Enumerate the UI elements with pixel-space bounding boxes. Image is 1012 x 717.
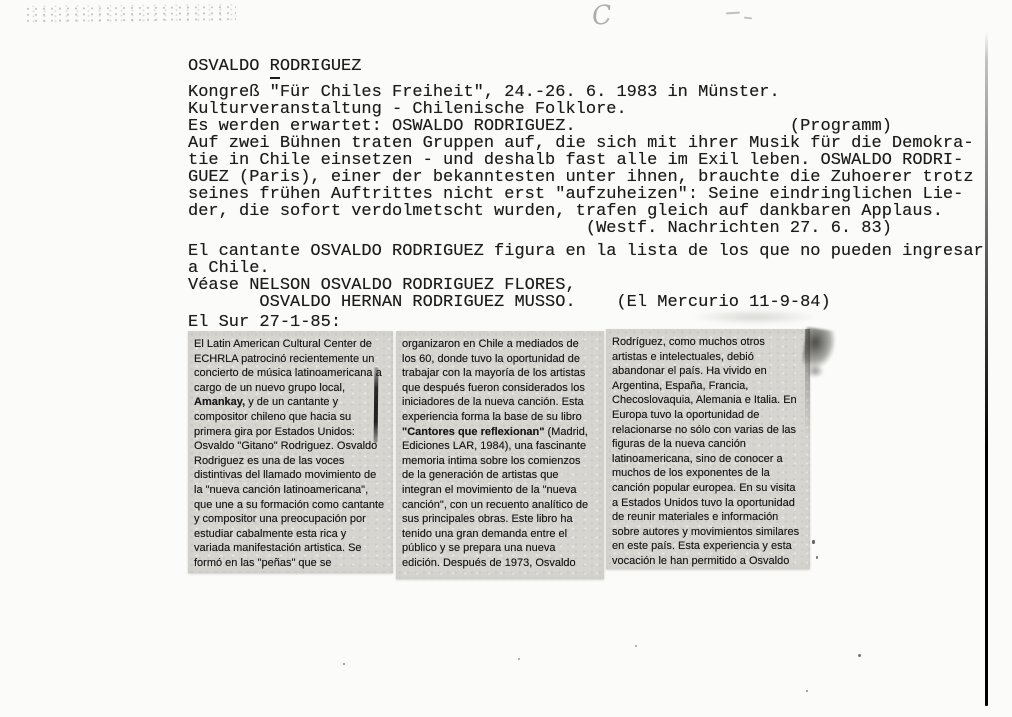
scan-speck (635, 645, 637, 647)
document-title: OSVALDO RODRIGUEZ (188, 57, 361, 77)
scan-speck (518, 658, 520, 660)
clipping-source-heading: El Sur 27-1-85: (188, 314, 341, 332)
newspaper-clipping-column-3: Rodríguez, como muchos otrosartistas e i… (606, 329, 810, 569)
scan-speck (858, 654, 861, 657)
scan-noise-speckles (24, 4, 236, 24)
typed-paragraph-german: Kongreß "Für Chiles Freiheit", 24.-26. 6… (188, 84, 974, 237)
typed-paragraph-spanish: El cantante OSVALDO RODRIGUEZ figura en … (188, 243, 984, 311)
pencil-dash-mark (726, 12, 740, 15)
scan-artifact-streak (374, 367, 379, 443)
scan-artifact-blob (806, 364, 824, 378)
scan-smudge (690, 309, 820, 325)
scanned-page: C OSVALDO RODRIGUEZ Kongreß "Für Chiles … (0, 0, 1012, 717)
scan-speck (343, 663, 345, 665)
newspaper-clipping-column-1: El Latin American Cultural Center deECHR… (188, 331, 393, 573)
title-underlined-letter: R (270, 57, 280, 79)
pencil-dash-mark (744, 17, 752, 20)
scan-speck (806, 690, 808, 692)
scan-edge-line (985, 32, 988, 706)
title-segment: OSVALDO (188, 57, 270, 76)
title-segment: ODRIGUEZ (280, 57, 362, 76)
scan-speck (816, 556, 818, 559)
scan-speck (812, 540, 815, 544)
newspaper-clipping-column-2: organizaron en Chile a mediados delos 60… (396, 331, 604, 579)
pencil-mark: C (590, 0, 613, 32)
